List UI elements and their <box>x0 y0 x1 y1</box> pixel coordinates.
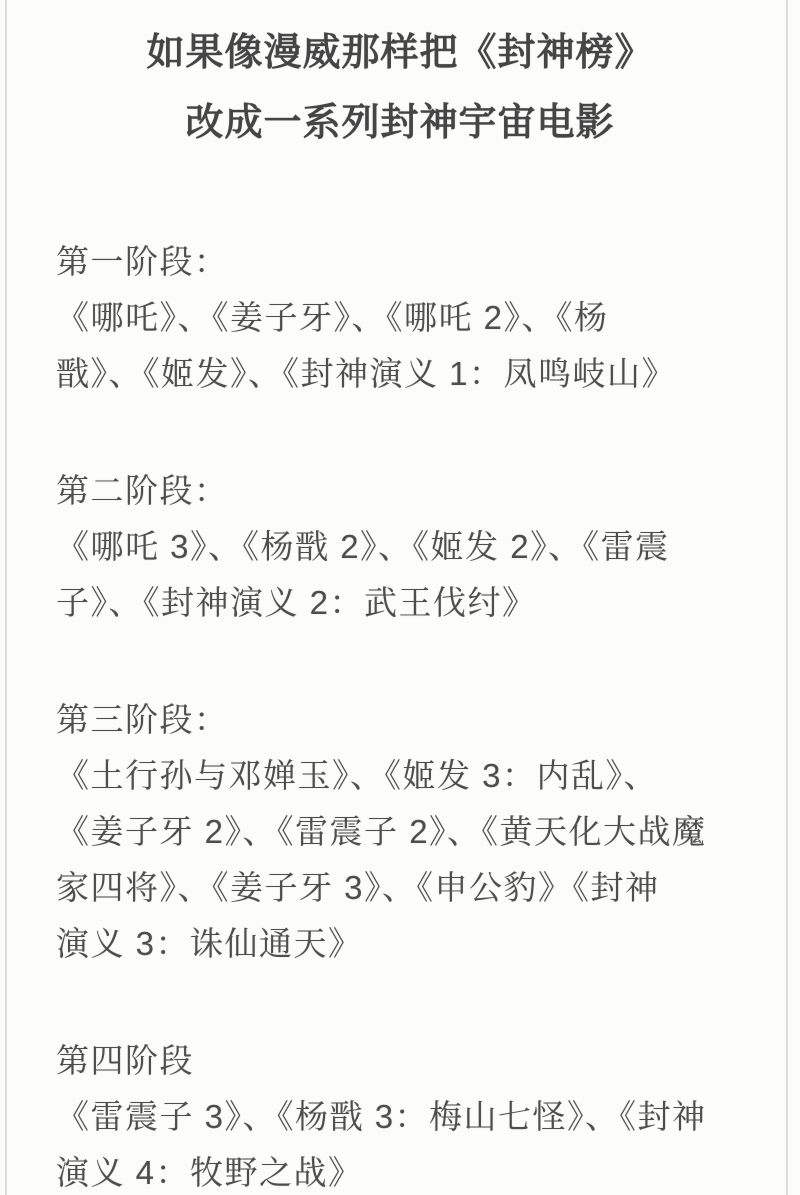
post-body: 第一阶段： 《哪吒》、《姜子牙》、《哪吒 2》、《杨 戬》、《姬发》、《封神演义… <box>0 234 800 1195</box>
phase-4-line-1: 《雷震子 3》、《杨戬 3：梅山七怪》、《封神 <box>56 1089 760 1145</box>
fengshen-universe-text-post: 如果像漫威那样把《封神榜》 改成一系列封神宇宙电影 第一阶段： 《哪吒》、《姜子… <box>0 0 800 1195</box>
phase-1-line-2: 戬》、《姬发》、《封神演义 1：凤鸣岐山》 <box>56 346 760 402</box>
phase-2-heading: 第二阶段： <box>56 463 760 519</box>
phase-3-section: 第三阶段： 《土行孙与邓婵玉》、《姬发 3：内乱》、 《姜子牙 2》、《雷震子 … <box>56 692 760 972</box>
phase-3-line-3: 家四将》、《姜子牙 3》、《申公豹》《封神 <box>56 860 760 916</box>
post-title-line-2: 改成一系列封神宇宙电影 <box>0 88 800 158</box>
phase-2-line-1: 《哪吒 3》、《杨戬 2》、《姬发 2》、《雷震 <box>56 519 760 575</box>
phase-2-line-2: 子》、《封神演义 2：武王伐纣》 <box>56 575 760 631</box>
phase-3-heading: 第三阶段： <box>56 692 760 748</box>
phase-1-section: 第一阶段： 《哪吒》、《姜子牙》、《哪吒 2》、《杨 戬》、《姬发》、《封神演义… <box>56 234 760 402</box>
phase-2-section: 第二阶段： 《哪吒 3》、《杨戬 2》、《姬发 2》、《雷震 子》、《封神演义 … <box>56 463 760 631</box>
phase-3-line-1: 《土行孙与邓婵玉》、《姬发 3：内乱》、 <box>56 748 760 804</box>
phase-4-section: 第四阶段 《雷震子 3》、《杨戬 3：梅山七怪》、《封神 演义 4：牧野之战》 <box>56 1033 760 1195</box>
phase-3-line-2: 《姜子牙 2》、《雷震子 2》、《黄天化大战魔 <box>56 804 760 860</box>
right-edge-divider <box>786 0 788 1195</box>
phase-1-line-1: 《哪吒》、《姜子牙》、《哪吒 2》、《杨 <box>56 290 760 346</box>
phase-4-line-2: 演义 4：牧野之战》 <box>56 1145 760 1195</box>
post-title: 如果像漫威那样把《封神榜》 改成一系列封神宇宙电影 <box>0 0 800 158</box>
left-edge-divider <box>5 0 7 1195</box>
phase-1-heading: 第一阶段： <box>56 234 760 290</box>
post-title-line-1: 如果像漫威那样把《封神榜》 <box>0 18 800 88</box>
phase-3-line-4: 演义 3：诛仙通天》 <box>56 916 760 972</box>
phase-4-heading: 第四阶段 <box>56 1033 760 1089</box>
